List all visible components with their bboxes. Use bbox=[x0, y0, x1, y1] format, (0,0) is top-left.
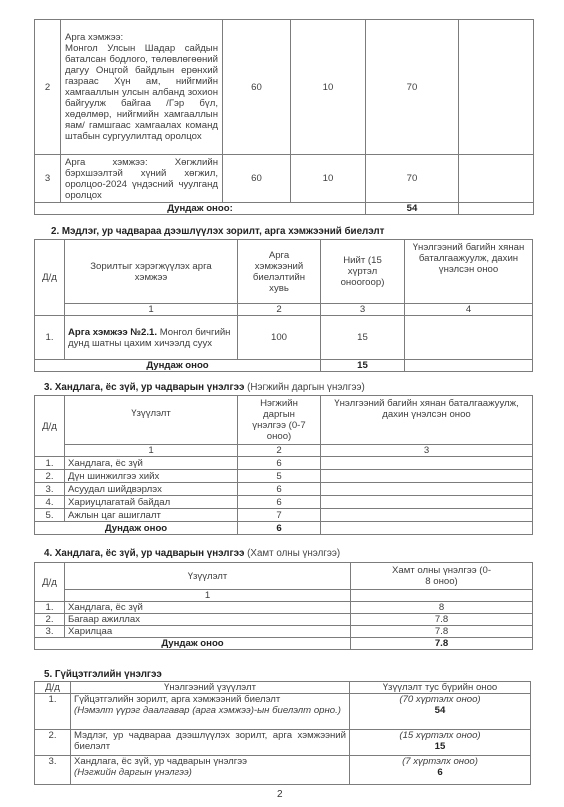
score-cell: 70 bbox=[366, 155, 459, 203]
reviewed-cell bbox=[321, 509, 533, 522]
table-row: 1. Гүйцэтгэлийн зорилт, арга хэмжээний б… bbox=[35, 694, 531, 730]
section5-table: Д/д Үнэлгээний үзүүлэлт Үзүүлэлт тус бүр… bbox=[34, 681, 531, 785]
column-number: 1 bbox=[65, 445, 238, 457]
average-value: 6 bbox=[238, 522, 321, 535]
average-value: 7.8 bbox=[351, 638, 533, 650]
header-reviewed: Үнэлгээний багийн хянан баталгаажуулж, д… bbox=[321, 396, 533, 445]
row-number: 3. bbox=[35, 483, 65, 496]
indicator-text: Гүйцэтгэлийн зорилт, арга хэмжээний биел… bbox=[74, 694, 280, 705]
activity-label: Арга хэмжээ: bbox=[65, 32, 123, 43]
table-row: 2. Мэдлэг, ур чадвараа дээшлүүлэх зорилт… bbox=[35, 730, 531, 756]
table-row: 3 Арга хэмжээ: Хөгжлийн бэрхшээлтэй хүни… bbox=[35, 155, 534, 203]
header-no: Д/д bbox=[35, 240, 65, 316]
indicator-text: Мэдлэг, ур чадвараа дээшлүүлэх зорилт, а… bbox=[74, 730, 346, 752]
indicator-note: (Нэгжийн даргын үнэлгээ) bbox=[74, 767, 192, 778]
row-number: 5. bbox=[35, 509, 65, 522]
max-score: (70 хүртэлх оноо) bbox=[399, 694, 480, 705]
header-score: Үзүүлэлт тус бүрийн оноо bbox=[350, 682, 531, 694]
average-label: Дундаж оноо: bbox=[35, 203, 366, 215]
page-number: 2 bbox=[277, 789, 283, 800]
section4-heading: 4. Хандлага, ёс зүй, ур чадварын үнэлгээ… bbox=[44, 548, 340, 559]
table-row: 1. Арга хэмжээ №2.1. Монгол бичгийн дунд… bbox=[35, 316, 533, 360]
indicator-cell: Харилцаа bbox=[65, 626, 351, 638]
average-row: Дундаж оноо 7.8 bbox=[35, 638, 533, 650]
section3-table: Д/д Үзүүлэлт Нэгжийн даргын үнэлгээ (0-7… bbox=[34, 395, 533, 535]
row-number: 1. bbox=[35, 694, 71, 730]
table-row: 1. Хандлага, ёс зүй 8 bbox=[35, 602, 533, 614]
column-number: 2 bbox=[238, 445, 321, 457]
activity-label: Арга хэмжээ: bbox=[65, 157, 148, 168]
table-row: 2. Дүн шинжилгээ хийх 5 bbox=[35, 470, 533, 483]
column-number: 3 bbox=[321, 304, 405, 316]
header-indicator: Үзүүлэлт bbox=[65, 563, 351, 590]
reviewed-cell bbox=[405, 316, 533, 360]
indicator-cell: Асуудал шийдвэрлэх bbox=[65, 483, 238, 496]
row-number: 1. bbox=[35, 457, 65, 470]
header-no: Д/д bbox=[35, 563, 65, 602]
row-number: 2. bbox=[35, 470, 65, 483]
section4-table: Д/д Үзүүлэлт Хамт олны үнэлгээ (0-8 оноо… bbox=[34, 562, 533, 650]
header-team-score: Хамт олны үнэлгээ (0-8 оноо) bbox=[351, 563, 533, 590]
reviewed-cell bbox=[321, 483, 533, 496]
section2-heading: 2. Мэдлэг, ур чадвараа дээшлүүлэх зорилт… bbox=[51, 226, 384, 237]
average-row: Дундаж оноо 15 bbox=[35, 360, 533, 372]
row-number: 4. bbox=[35, 496, 65, 509]
score-value: 15 bbox=[435, 741, 446, 752]
average-label: Дундаж оноо bbox=[35, 360, 321, 372]
header-row: Д/д Үзүүлэлт Нэгжийн даргын үнэлгээ (0-7… bbox=[35, 396, 533, 445]
activity-cell: Арга хэмжээ №2.1. Монгол бичгийн дунд ша… bbox=[65, 316, 238, 360]
table-row: 4. Хариуцлагатай байдал 6 bbox=[35, 496, 533, 509]
activity-cell: Арга хэмжээ: Хөгжлийн бэрхшээлтэй хүний … bbox=[61, 155, 223, 203]
section5-heading: 5. Гүйцэтгэлийн үнэлгээ bbox=[44, 669, 162, 680]
activity-cell: Арга хэмжээ: Монгол Улсын Шадар сайдын б… bbox=[61, 20, 223, 155]
section2-table: Д/д Зорилтыг хэрэгжүүлэх арга хэмжээ Арг… bbox=[34, 239, 533, 372]
column-number: 2 bbox=[238, 304, 321, 316]
indicator-note: (Нэмэлт үүрэг даалгавар (арга хэмжээ)-ын… bbox=[74, 705, 341, 716]
header-head-score: Нэгжийн даргын үнэлгээ (0-7 оноо) bbox=[238, 396, 321, 445]
header-reviewed: Үнэлгээний багийн хянан баталгаажуулж, д… bbox=[405, 240, 533, 304]
average-value: 54 bbox=[366, 203, 459, 215]
indicator-cell: Хариуцлагатай байдал bbox=[65, 496, 238, 509]
score-cell: 5 bbox=[238, 470, 321, 483]
column-number-row: 1 2 3 bbox=[35, 445, 533, 457]
table-row: 3. Хандлага, ёс зүй, ур чадварын үнэлгээ… bbox=[35, 756, 531, 785]
header-row: Д/д Зорилтыг хэрэгжүүлэх арга хэмжээ Арг… bbox=[35, 240, 533, 304]
indicator-cell: Гүйцэтгэлийн зорилт, арга хэмжээний биел… bbox=[71, 694, 350, 730]
max-score: (15 хүртэлх оноо) bbox=[399, 730, 480, 741]
indicator-cell: Багаар ажиллах bbox=[65, 614, 351, 626]
column-number bbox=[351, 590, 533, 602]
header-indicator: Үнэлгээний үзүүлэлт bbox=[71, 682, 350, 694]
table-row: 3. Харилцаа 7.8 bbox=[35, 626, 533, 638]
indicator-cell: Хандлага, ёс зүй bbox=[65, 602, 351, 614]
section3-heading-note: (Нэгжийн даргын үнэлгээ) bbox=[244, 382, 364, 393]
average-row: Дундаж оноо 6 bbox=[35, 522, 533, 535]
score-cell: 7.8 bbox=[351, 626, 533, 638]
score-cell: 6 bbox=[238, 483, 321, 496]
score-cell: 10 bbox=[291, 20, 366, 155]
reviewed-cell bbox=[321, 470, 533, 483]
average-value: 15 bbox=[321, 360, 405, 372]
row-number: 3. bbox=[35, 756, 71, 785]
header-activity: Зорилтыг хэрэгжүүлэх арга хэмжээ bbox=[65, 240, 238, 304]
score-cell: (70 хүртэлх оноо) 54 bbox=[350, 694, 531, 730]
reviewed-cell bbox=[321, 457, 533, 470]
score-value: 54 bbox=[435, 705, 446, 716]
reviewed-cell bbox=[459, 155, 534, 203]
score-cell: 60 bbox=[223, 155, 291, 203]
score-cell: 70 bbox=[366, 20, 459, 155]
header-row: Д/д Үзүүлэлт Хамт олны үнэлгээ (0-8 оноо… bbox=[35, 563, 533, 578]
score-cell: 7 bbox=[238, 509, 321, 522]
score-cell: 6 bbox=[238, 496, 321, 509]
section4-heading-note: (Хамт олны үнэлгээ) bbox=[244, 548, 340, 559]
percent-cell: 100 bbox=[238, 316, 321, 360]
average-label: Дундаж оноо bbox=[35, 522, 238, 535]
empty-cell bbox=[459, 203, 534, 215]
score-cell: (15 хүртэлх оноо) 15 bbox=[350, 730, 531, 756]
score-cell: (7 хүртэлх оноо) 6 bbox=[350, 756, 531, 785]
column-number: 3 bbox=[321, 445, 533, 457]
column-number: 4 bbox=[405, 304, 533, 316]
column-number: 1 bbox=[65, 590, 351, 602]
row-number: 3 bbox=[35, 155, 61, 203]
activity-text: Монгол Улсын Шадар сайдын баталсан бодло… bbox=[65, 43, 218, 142]
row-number: 3. bbox=[35, 626, 65, 638]
section1-continuation-table: 2 Арга хэмжээ: Монгол Улсын Шадар сайдын… bbox=[34, 19, 534, 215]
indicator-cell: Ажлын цаг ашиглалт bbox=[65, 509, 238, 522]
table-row: 5. Ажлын цаг ашиглалт 7 bbox=[35, 509, 533, 522]
section3-heading-title: 3. Хандлага, ёс зүй, ур чадварын үнэлгээ bbox=[44, 382, 244, 393]
empty-cell bbox=[405, 360, 533, 372]
reviewed-cell bbox=[321, 496, 533, 509]
score-cell: 8 bbox=[351, 602, 533, 614]
row-number: 2. bbox=[35, 730, 71, 756]
reviewed-cell bbox=[459, 20, 534, 155]
header-indicator: Үзүүлэлт bbox=[65, 396, 238, 445]
max-score: (7 хүртэлх оноо) bbox=[402, 756, 478, 767]
column-number: 1 bbox=[65, 304, 238, 316]
header-no: Д/д bbox=[35, 396, 65, 457]
total-cell: 15 bbox=[321, 316, 405, 360]
table-row: 1. Хандлага, ёс зүй 6 bbox=[35, 457, 533, 470]
indicator-cell: Мэдлэг, ур чадвараа дээшлүүлэх зорилт, а… bbox=[71, 730, 350, 756]
score-cell: 6 bbox=[238, 457, 321, 470]
header-total: Нийт (15 хүртэл оноогоор) bbox=[321, 240, 405, 304]
indicator-cell: Дүн шинжилгээ хийх bbox=[65, 470, 238, 483]
score-cell: 10 bbox=[291, 155, 366, 203]
indicator-text: Хандлага, ёс зүй, ур чадварын үнэлгээ bbox=[74, 756, 247, 767]
header-no: Д/д bbox=[35, 682, 71, 694]
header-row: Д/д Үнэлгээний үзүүлэлт Үзүүлэлт тус бүр… bbox=[35, 682, 531, 694]
section4-heading-title: 4. Хандлага, ёс зүй, ур чадварын үнэлгээ bbox=[44, 548, 244, 559]
row-number: 2. bbox=[35, 614, 65, 626]
row-number: 2 bbox=[35, 20, 61, 155]
average-row: Дундаж оноо: 54 bbox=[35, 203, 534, 215]
row-number: 1. bbox=[35, 602, 65, 614]
header-percent: Арга хэмжээний биелэлтийн хувь bbox=[238, 240, 321, 304]
score-cell: 60 bbox=[223, 20, 291, 155]
table-row: 3. Асуудал шийдвэрлэх 6 bbox=[35, 483, 533, 496]
score-value: 6 bbox=[437, 767, 442, 778]
indicator-cell: Хандлага, ёс зүй, ур чадварын үнэлгээ (Н… bbox=[71, 756, 350, 785]
table-row: 2. Багаар ажиллах 7.8 bbox=[35, 614, 533, 626]
table-row: 2 Арга хэмжээ: Монгол Улсын Шадар сайдын… bbox=[35, 20, 534, 155]
column-number-row: 1 bbox=[35, 590, 533, 602]
indicator-cell: Хандлага, ёс зүй bbox=[65, 457, 238, 470]
section3-heading: 3. Хандлага, ёс зүй, ур чадварын үнэлгээ… bbox=[44, 382, 365, 393]
score-cell: 7.8 bbox=[351, 614, 533, 626]
activity-title: Арга хэмжээ №2.1. bbox=[68, 327, 157, 338]
empty-cell bbox=[321, 522, 533, 535]
average-label: Дундаж оноо bbox=[35, 638, 351, 650]
column-number-row: 1 2 3 4 bbox=[35, 304, 533, 316]
row-number: 1. bbox=[35, 316, 65, 360]
